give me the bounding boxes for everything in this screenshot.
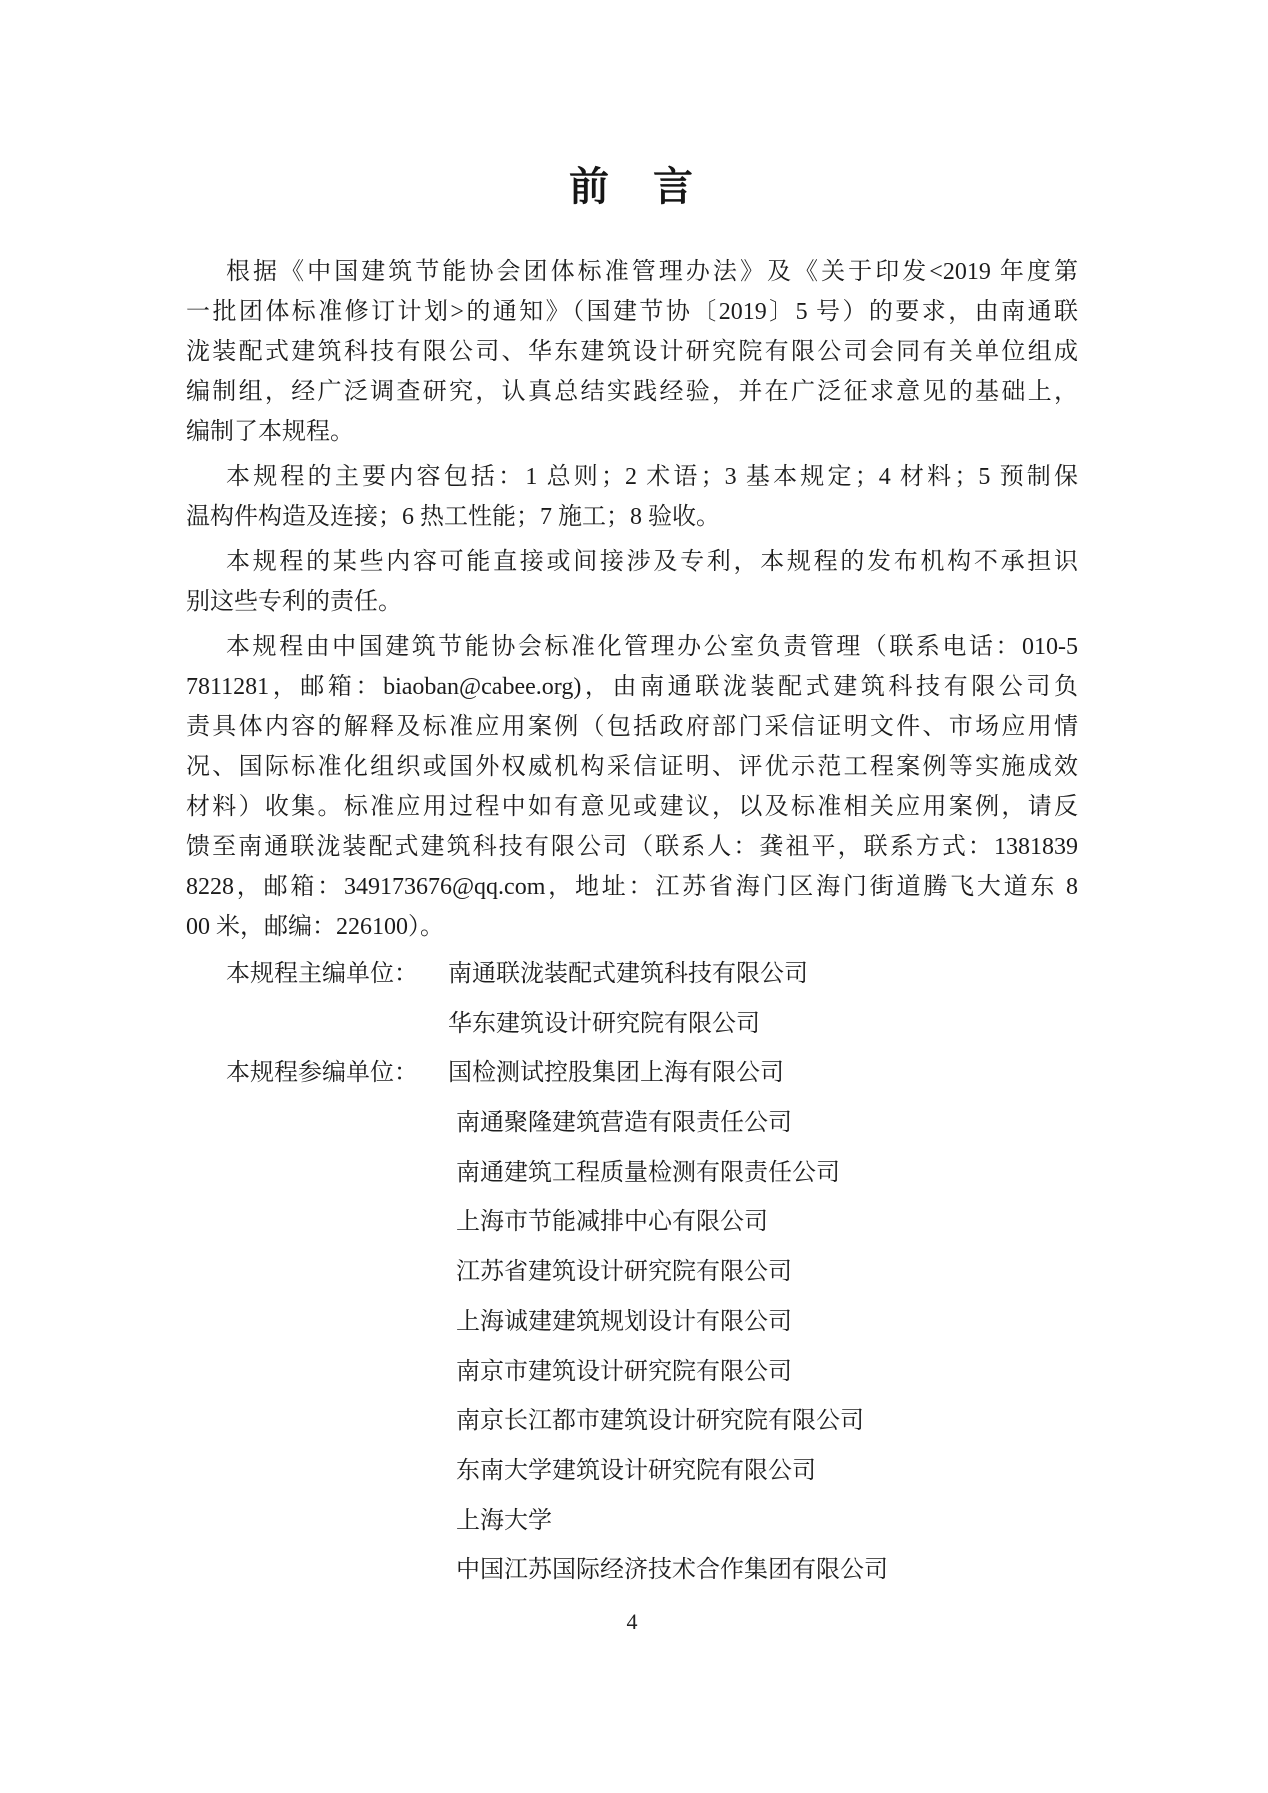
paragraph-line: 温构件构造及连接；6 热工性能；7 施工；8 验收。 bbox=[186, 497, 1078, 537]
unit-role-label bbox=[186, 1198, 448, 1248]
paragraph-line: 8228，邮箱：349173676@qq.com，地址：江苏省海门区海门街道腾飞… bbox=[186, 867, 1078, 907]
unit-row: 上海大学 bbox=[186, 1497, 1078, 1547]
unit-company-name: 华东建筑设计研究院有限公司 bbox=[448, 1000, 1078, 1050]
paragraph-line: 一批团体标准修订计划>的通知》（国建节协〔2019〕5 号）的要求，由南通联 bbox=[186, 292, 1078, 332]
unit-company-name: 南通聚隆建筑营造有限责任公司 bbox=[448, 1099, 1078, 1149]
unit-row: 南通聚隆建筑营造有限责任公司 bbox=[186, 1099, 1078, 1149]
unit-company-name: 江苏省建筑设计研究院有限公司 bbox=[448, 1248, 1078, 1298]
unit-row: 上海诚建建筑规划设计有限公司 bbox=[186, 1298, 1078, 1348]
unit-role-label bbox=[186, 1497, 448, 1547]
unit-row: 南京市建筑设计研究院有限公司 bbox=[186, 1348, 1078, 1398]
unit-role-label bbox=[186, 1397, 448, 1447]
unit-company-name: 南京市建筑设计研究院有限公司 bbox=[448, 1348, 1078, 1398]
unit-role-label bbox=[186, 1348, 448, 1398]
paragraph-line: 别这些专利的责任。 bbox=[186, 582, 1078, 622]
unit-role-label bbox=[186, 1000, 448, 1050]
paragraph-line: 7811281，邮箱：biaoban@cabee.org)，由南通联泷装配式建筑… bbox=[186, 667, 1078, 707]
unit-row: 东南大学建筑设计研究院有限公司 bbox=[186, 1447, 1078, 1497]
unit-company-name: 中国江苏国际经济技术合作集团有限公司 bbox=[448, 1546, 1078, 1596]
unit-row: 上海市节能减排中心有限公司 bbox=[186, 1198, 1078, 1248]
unit-company-name: 上海大学 bbox=[448, 1497, 1078, 1547]
paragraph-line: 本规程由中国建筑节能协会标准化管理办公室负责管理（联系电话：010-5 bbox=[186, 627, 1078, 667]
paragraph-line: 责具体内容的解释及标准应用案例（包括政府部门采信证明文件、市场应用情 bbox=[186, 707, 1078, 747]
unit-row: 江苏省建筑设计研究院有限公司 bbox=[186, 1248, 1078, 1298]
paragraph-line: 馈至南通联泷装配式建筑科技有限公司（联系人：龚祖平，联系方式：1381839 bbox=[186, 827, 1078, 867]
unit-role-label bbox=[186, 1546, 448, 1596]
unit-role-label bbox=[186, 1248, 448, 1298]
paragraph-line: 本规程的主要内容包括：1 总则；2 术语；3 基本规定；4 材料；5 预制保 bbox=[186, 457, 1078, 497]
paragraph-line: 编制组，经广泛调查研究，认真总结实践经验，并在广泛征求意见的基础上， bbox=[186, 372, 1078, 412]
unit-role-label bbox=[186, 1149, 448, 1199]
paragraph-line: 本规程的某些内容可能直接或间接涉及专利，本规程的发布机构不承担识 bbox=[186, 542, 1078, 582]
paragraph: 本规程的主要内容包括：1 总则；2 术语；3 基本规定；4 材料；5 预制保温构… bbox=[186, 457, 1078, 537]
unit-row: 南通建筑工程质量检测有限责任公司 bbox=[186, 1149, 1078, 1199]
paragraph-line: 00 米，邮编：226100）。 bbox=[186, 907, 1078, 947]
paragraph: 根据《中国建筑节能协会团体标准管理办法》及《关于印发<2019 年度第一批团体标… bbox=[186, 252, 1078, 452]
paragraph-line: 况、国际标准化组织或国外权威机构采信证明、评优示范工程案例等实施成效 bbox=[186, 747, 1078, 787]
unit-row: 本规程主编单位：南通联泷装配式建筑科技有限公司 bbox=[186, 950, 1078, 1000]
unit-row: 中国江苏国际经济技术合作集团有限公司 bbox=[186, 1546, 1078, 1596]
unit-role-label: 本规程参编单位： bbox=[186, 1049, 448, 1099]
unit-row: 华东建筑设计研究院有限公司 bbox=[186, 1000, 1078, 1050]
unit-company-name: 南京长江都市建筑设计研究院有限公司 bbox=[448, 1397, 1078, 1447]
unit-company-name: 南通建筑工程质量检测有限责任公司 bbox=[448, 1149, 1078, 1199]
preface-body: 根据《中国建筑节能协会团体标准管理办法》及《关于印发<2019 年度第一批团体标… bbox=[186, 252, 1078, 947]
page-number: 4 bbox=[186, 1608, 1078, 1636]
unit-company-name: 国检测试控股集团上海有限公司 bbox=[448, 1049, 1078, 1099]
unit-role-label bbox=[186, 1447, 448, 1497]
document-page: 前 言 根据《中国建筑节能协会团体标准管理办法》及《关于印发<2019 年度第一… bbox=[0, 0, 1268, 1793]
unit-role-label: 本规程主编单位： bbox=[186, 950, 448, 1000]
paragraph: 本规程的某些内容可能直接或间接涉及专利，本规程的发布机构不承担识别这些专利的责任… bbox=[186, 542, 1078, 622]
unit-company-name: 东南大学建筑设计研究院有限公司 bbox=[448, 1447, 1078, 1497]
paragraph-line: 材料）收集。标准应用过程中如有意见或建议，以及标准相关应用案例，请反 bbox=[186, 787, 1078, 827]
paragraph-line: 泷装配式建筑科技有限公司、华东建筑设计研究院有限公司会同有关单位组成 bbox=[186, 332, 1078, 372]
unit-role-label bbox=[186, 1298, 448, 1348]
unit-role-label bbox=[186, 1099, 448, 1149]
unit-row: 南京长江都市建筑设计研究院有限公司 bbox=[186, 1397, 1078, 1447]
paragraph-line: 根据《中国建筑节能协会团体标准管理办法》及《关于印发<2019 年度第 bbox=[186, 252, 1078, 292]
editing-units-list: 本规程主编单位：南通联泷装配式建筑科技有限公司华东建筑设计研究院有限公司本规程参… bbox=[186, 950, 1078, 1596]
unit-row: 本规程参编单位：国检测试控股集团上海有限公司 bbox=[186, 1049, 1078, 1099]
unit-company-name: 上海诚建建筑规划设计有限公司 bbox=[448, 1298, 1078, 1348]
page-title: 前 言 bbox=[186, 163, 1078, 211]
unit-company-name: 南通联泷装配式建筑科技有限公司 bbox=[448, 950, 1078, 1000]
unit-company-name: 上海市节能减排中心有限公司 bbox=[448, 1198, 1078, 1248]
paragraph-line: 编制了本规程。 bbox=[186, 412, 1078, 452]
paragraph: 本规程由中国建筑节能协会标准化管理办公室负责管理（联系电话：010-578112… bbox=[186, 627, 1078, 947]
